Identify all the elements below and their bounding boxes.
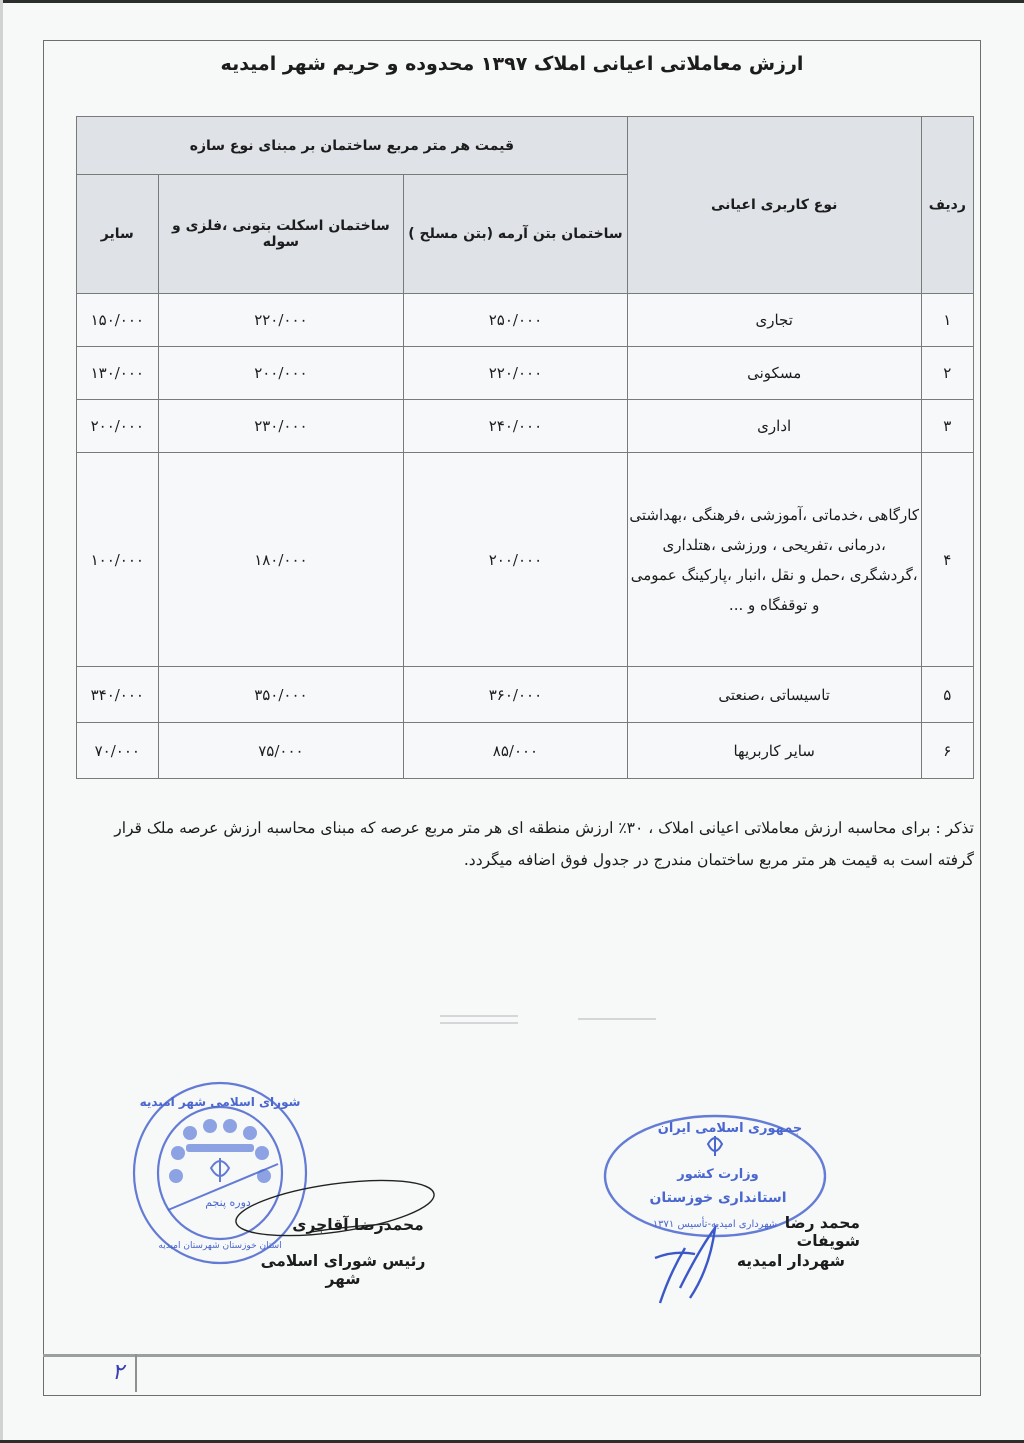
- bleed-mark: [440, 1022, 518, 1024]
- footer-divider: [43, 1354, 981, 1357]
- price-other: ۳۴۰/۰۰۰: [77, 667, 159, 723]
- header-other: سایر: [77, 175, 159, 294]
- price-concrete-steel-shed: ۲۰۰/۰۰۰: [158, 347, 404, 400]
- header-usage-type: نوع کاربری اعیانی: [627, 117, 921, 294]
- price-reinforced-concrete: ۳۶۰/۰۰۰: [404, 667, 627, 723]
- table-row: ۱ تجاری ۲۵۰/۰۰۰ ۲۲۰/۰۰۰ ۱۵۰/۰۰۰: [77, 294, 974, 347]
- usage-type: سایر کاربریها: [627, 723, 921, 779]
- svg-text:وزارت کشور: وزارت کشور: [676, 1167, 759, 1182]
- bleed-mark: [440, 1015, 518, 1017]
- usage-type: تاسیساتی ،صنعتی: [627, 667, 921, 723]
- header-reinforced-concrete: ساختمان بتن آرمه (بتن مسلح ): [404, 175, 627, 294]
- scan-edge-top: [0, 0, 1024, 3]
- table-row: ۲ مسکونی ۲۲۰/۰۰۰ ۲۰۰/۰۰۰ ۱۳۰/۰۰۰: [77, 347, 974, 400]
- usage-type: مسکونی: [627, 347, 921, 400]
- price-reinforced-concrete: ۲۰۰/۰۰۰: [404, 453, 627, 667]
- price-other: ۱۵۰/۰۰۰: [77, 294, 159, 347]
- note-paragraph: تذکر : برای محاسبه ارزش معاملاتی اعیانی …: [39, 812, 974, 876]
- usage-type: تجاری: [627, 294, 921, 347]
- page-number: ۲: [112, 1360, 124, 1385]
- price-reinforced-concrete: ۲۲۰/۰۰۰: [404, 347, 627, 400]
- price-other: ۷۰/۰۰۰: [77, 723, 159, 779]
- price-concrete-steel-shed: ۱۸۰/۰۰۰: [158, 453, 404, 667]
- table-row: ۳ اداری ۲۴۰/۰۰۰ ۲۳۰/۰۰۰ ۲۰۰/۰۰۰: [77, 400, 974, 453]
- mayor-name: محمد رضا شویفات: [735, 1214, 860, 1250]
- document-title: ارزش معاملاتی اعیانی املاک ۱۳۹۷ محدوده و…: [43, 48, 981, 80]
- usage-type: کارگاهی ،خدماتی ،آموزشی ،فرهنگی ،بهداشتی…: [627, 453, 921, 667]
- price-other: ۱۰۰/۰۰۰: [77, 453, 159, 667]
- row-number: ۳: [921, 400, 973, 453]
- council-chair-role: رئیس شورای اسلامی شهر: [248, 1252, 438, 1288]
- header-concrete-steel-shed: ساختمان اسکلت بتونی ،فلزی و سوله: [158, 175, 404, 294]
- price-reinforced-concrete: ۸۵/۰۰۰: [404, 723, 627, 779]
- mayor-role: شهردار امیدیه: [735, 1252, 845, 1270]
- price-concrete-steel-shed: ۲۲۰/۰۰۰: [158, 294, 404, 347]
- row-number: ۴: [921, 453, 973, 667]
- price-concrete-steel-shed: ۷۵/۰۰۰: [158, 723, 404, 779]
- row-number: ۶: [921, 723, 973, 779]
- price-reinforced-concrete: ۲۵۰/۰۰۰: [404, 294, 627, 347]
- price-concrete-steel-shed: ۲۳۰/۰۰۰: [158, 400, 404, 453]
- svg-text:جمهوری اسلامی ایران: جمهوری اسلامی ایران: [658, 1121, 803, 1136]
- property-value-table: ردیف نوع کاربری اعیانی قیمت هر متر مربع …: [76, 116, 974, 779]
- svg-text:شورای اسلامی شهر امیدیه: شورای اسلامی شهر امیدیه: [140, 1095, 301, 1110]
- table-row: ۶ سایر کاربریها ۸۵/۰۰۰ ۷۵/۰۰۰ ۷۰/۰۰۰: [77, 723, 974, 779]
- mayor-signature-icon: [640, 1218, 730, 1308]
- council-chair-name: محمدرضا آقاجری: [278, 1216, 438, 1234]
- row-number: ۵: [921, 667, 973, 723]
- council-signature-icon: [210, 1178, 440, 1248]
- price-reinforced-concrete: ۲۴۰/۰۰۰: [404, 400, 627, 453]
- scan-edge-left: [0, 0, 3, 1443]
- footer-tick: [135, 1354, 137, 1392]
- price-other: ۲۰۰/۰۰۰: [77, 400, 159, 453]
- table-row: ۵ تاسیساتی ،صنعتی ۳۶۰/۰۰۰ ۳۵۰/۰۰۰ ۳۴۰/۰۰…: [77, 667, 974, 723]
- header-price-group: قیمت هر متر مربع ساختمان بر مبنای نوع سا…: [77, 117, 628, 175]
- row-number: ۲: [921, 347, 973, 400]
- table-row: ۴ کارگاهی ،خدماتی ،آموزشی ،فرهنگی ،بهداش…: [77, 453, 974, 667]
- price-other: ۱۳۰/۰۰۰: [77, 347, 159, 400]
- row-number: ۱: [921, 294, 973, 347]
- header-row-number: ردیف: [921, 117, 973, 294]
- usage-type: اداری: [627, 400, 921, 453]
- bleed-mark: [578, 1018, 656, 1020]
- svg-text:استانداری خوزستان: استانداری خوزستان: [649, 1190, 786, 1206]
- note-line-2: گرفته است به قیمت هر متر مربع ساختمان من…: [39, 844, 974, 876]
- note-line-1: تذکر : برای محاسبه ارزش معاملاتی اعیانی …: [39, 812, 974, 844]
- price-concrete-steel-shed: ۳۵۰/۰۰۰: [158, 667, 404, 723]
